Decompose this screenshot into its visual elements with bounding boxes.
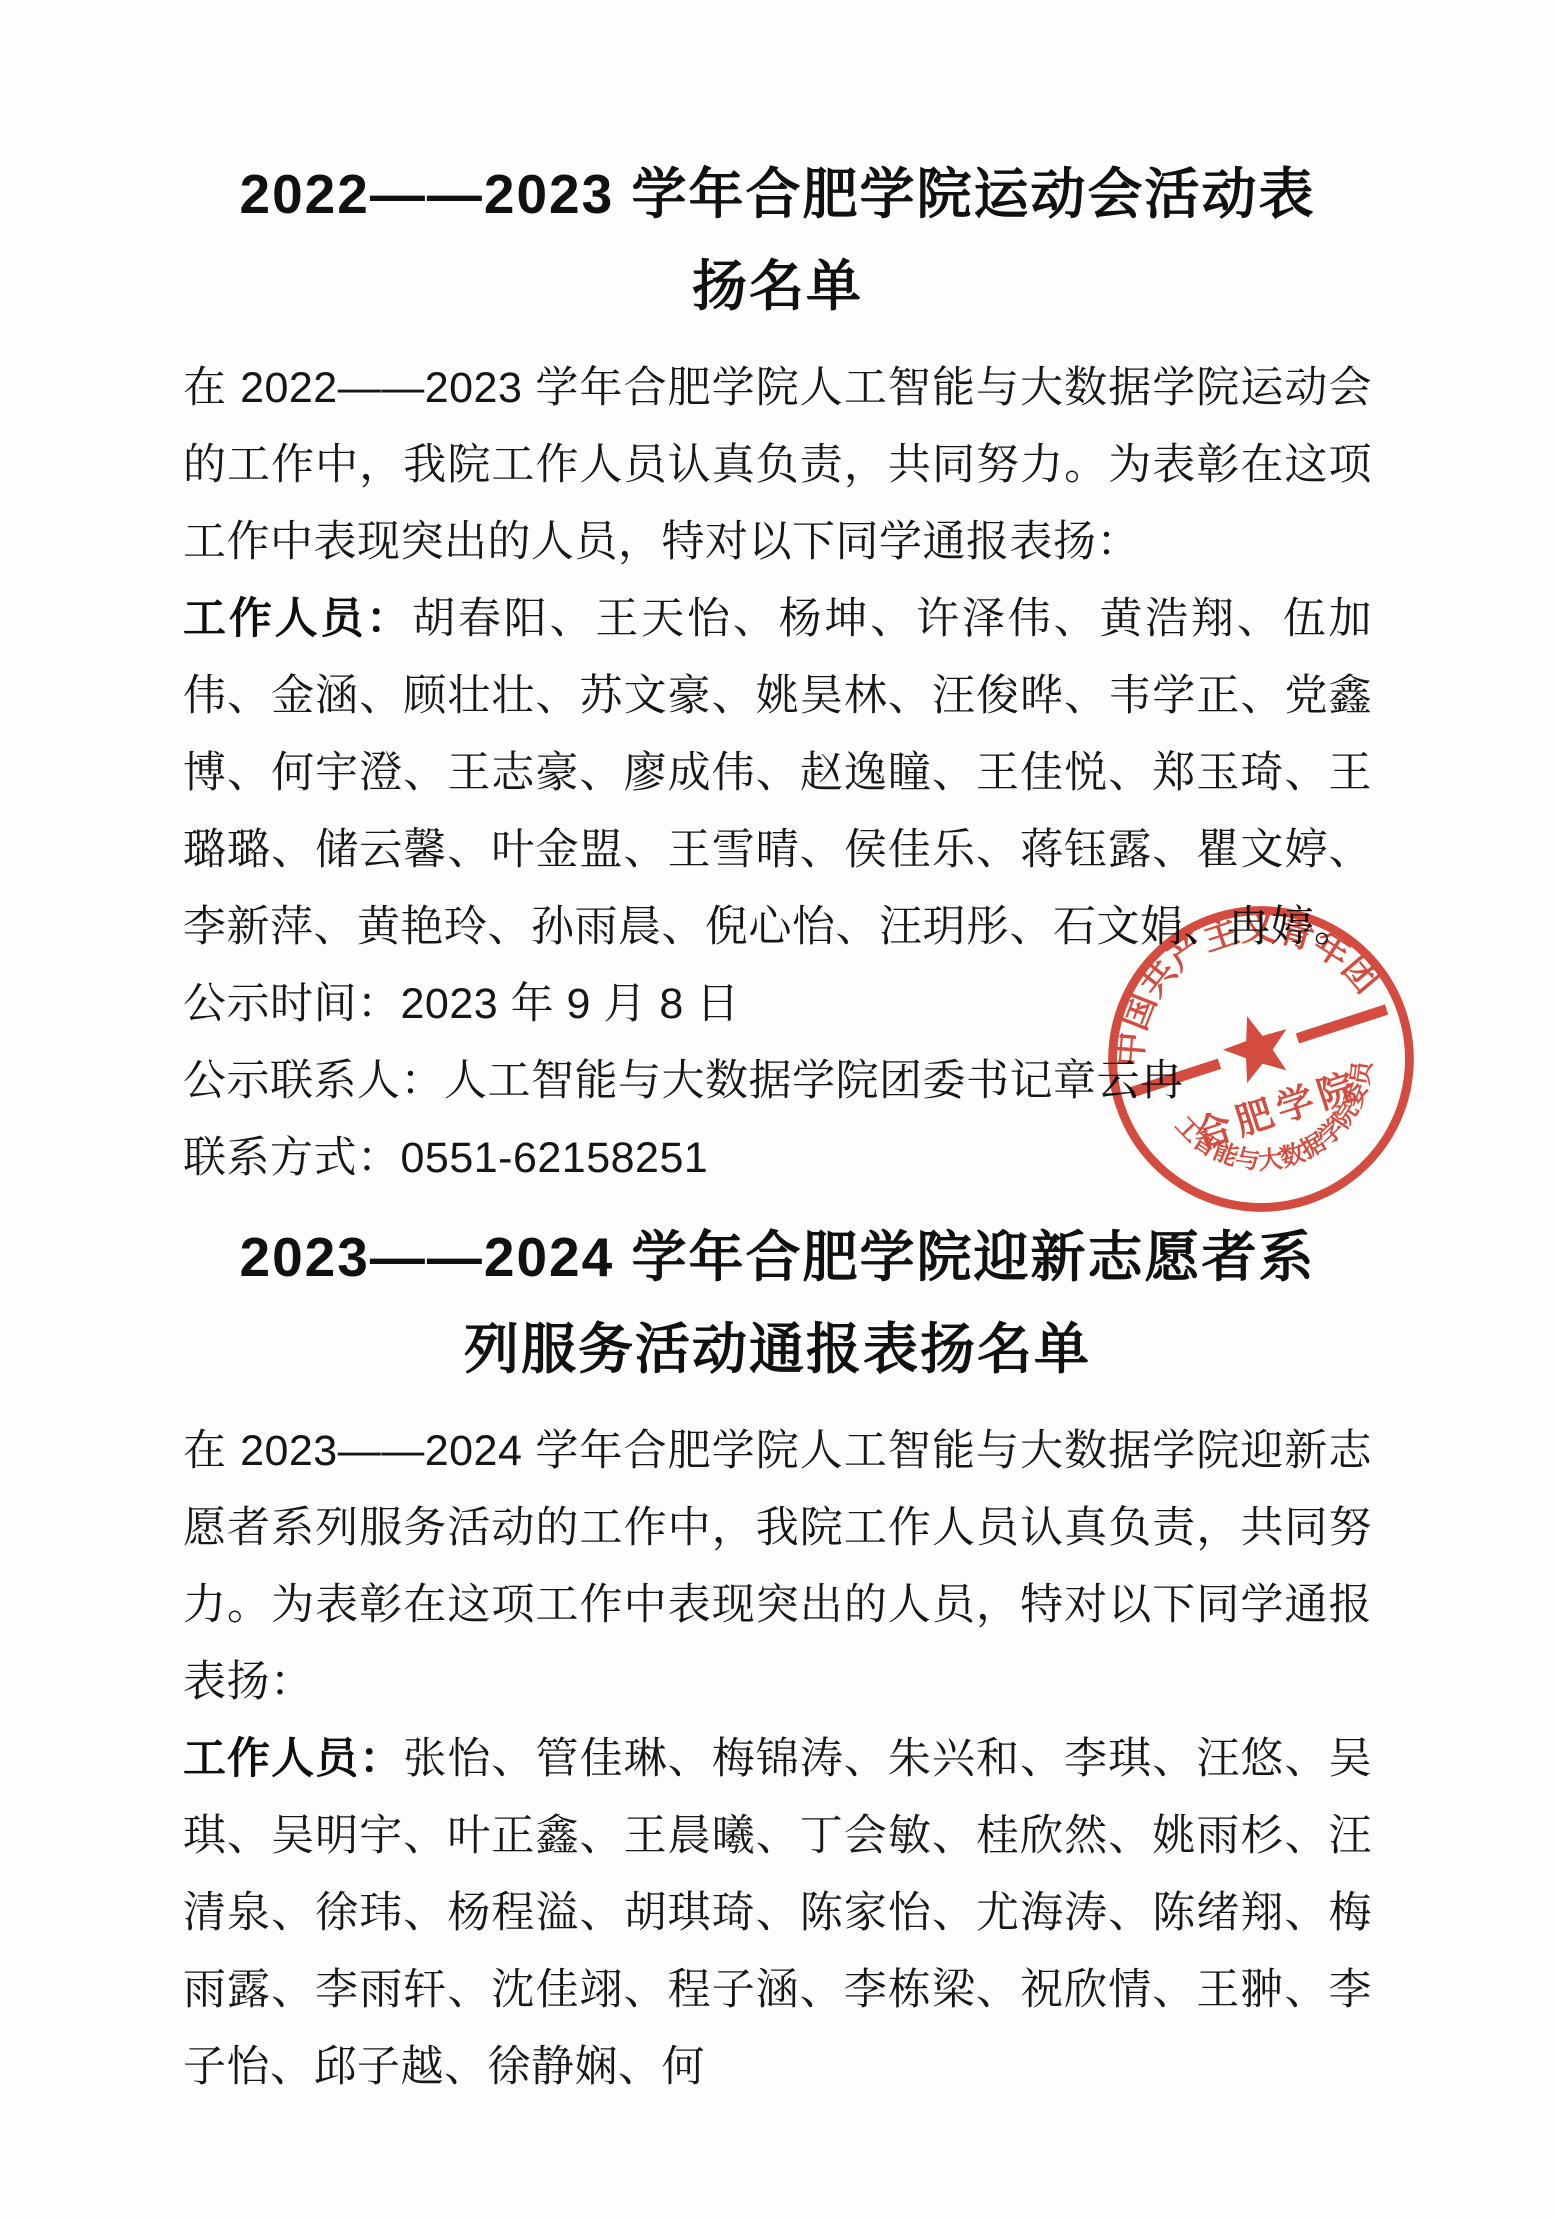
contact-person-value: 人工智能与大数据学院团委书记章云冉 bbox=[444, 1057, 1184, 1105]
section1-staff-paragraph: 工作人员：胡春阳、王天怡、杨坤、许泽伟、黄浩翔、伍加伟、金涵、顾壮壮、苏文豪、姚… bbox=[183, 581, 1372, 966]
section1-title-line1: 2022——2023 学年合肥学院运动会活动表 bbox=[183, 148, 1372, 240]
section1-intro-paragraph: 在 2022——2023 学年合肥学院人工智能与大数据学院运动会的工作中，我院工… bbox=[183, 350, 1372, 581]
section1-staff-label: 工作人员： bbox=[183, 595, 412, 643]
section1-staff-names: 胡春阳、王天怡、杨坤、许泽伟、黄浩翔、伍加伟、金涵、顾壮壮、苏文豪、姚昊林、汪俊… bbox=[183, 595, 1372, 951]
phone-line: 联系方式：0551-62158251 bbox=[183, 1120, 1372, 1197]
phone-label: 联系方式： bbox=[183, 1134, 401, 1182]
section2-intro-paragraph: 在 2023——2024 学年合肥学院人工智能与大数据学院迎新志愿者系列服务活动… bbox=[183, 1413, 1372, 1721]
section1-title: 2022——2023 学年合肥学院运动会活动表 扬名单 bbox=[183, 148, 1372, 332]
publish-time-value: 2023 年 9 月 8 日 bbox=[401, 980, 740, 1028]
section-volunteer-2023-2024: 2023——2024 学年合肥学院迎新志愿者系 列服务活动通报表扬名单 在 20… bbox=[183, 1211, 1372, 2106]
section2-staff-names: 张怡、管佳琳、梅锦涛、朱兴和、李琪、汪悠、吴琪、吴明宇、叶正鑫、王晨曦、丁会敏、… bbox=[183, 1735, 1372, 2091]
document-page: 2022——2023 学年合肥学院运动会活动表 扬名单 在 2022——2023… bbox=[0, 0, 1555, 2220]
section2-staff-paragraph: 工作人员：张怡、管佳琳、梅锦涛、朱兴和、李琪、汪悠、吴琪、吴明宇、叶正鑫、王晨曦… bbox=[183, 1721, 1372, 2106]
publish-time-label: 公示时间： bbox=[183, 980, 401, 1028]
section1-title-line2: 扬名单 bbox=[183, 240, 1372, 332]
section-sports-meet-2022-2023: 2022——2023 学年合肥学院运动会活动表 扬名单 在 2022——2023… bbox=[183, 148, 1372, 1197]
section2-title: 2023——2024 学年合肥学院迎新志愿者系 列服务活动通报表扬名单 bbox=[183, 1211, 1372, 1395]
section2-title-line2: 列服务活动通报表扬名单 bbox=[183, 1303, 1372, 1395]
publish-time-line: 公示时间：2023 年 9 月 8 日 bbox=[183, 966, 1372, 1043]
phone-value: 0551-62158251 bbox=[401, 1134, 709, 1182]
section2-staff-label: 工作人员： bbox=[183, 1735, 403, 1783]
section2-title-line1: 2023——2024 学年合肥学院迎新志愿者系 bbox=[183, 1211, 1372, 1303]
contact-person-label: 公示联系人： bbox=[183, 1057, 444, 1105]
contact-person-line: 公示联系人：人工智能与大数据学院团委书记章云冉 bbox=[183, 1043, 1372, 1120]
